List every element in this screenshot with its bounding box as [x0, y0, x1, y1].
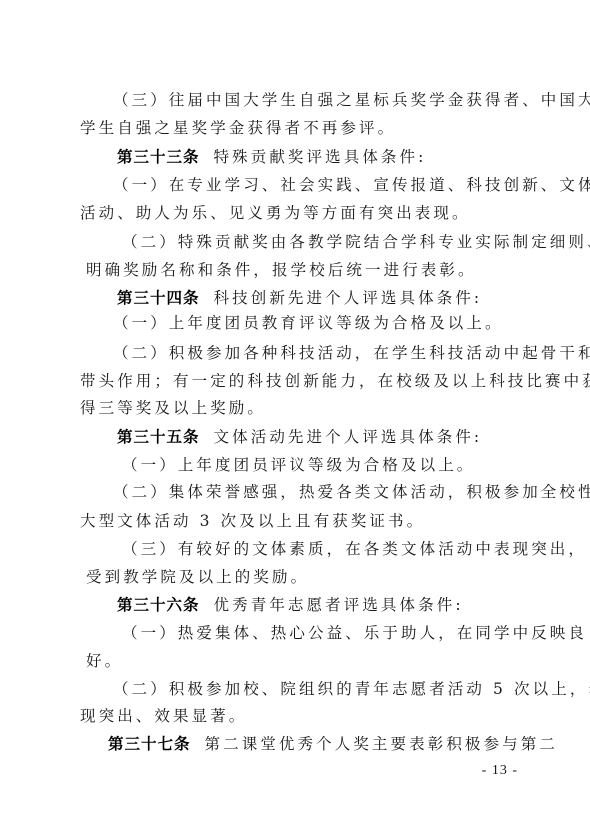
line-text: （二）积极参加各种科技活动，在学生科技活动中起骨干和 [113, 344, 590, 362]
text-line: （二）特殊贡献奖由各教学院结合学科专业实际制定细则、 [122, 232, 590, 252]
line-text: （一）在专业学习、社会实践、宣传报道、科技创新、文体 [113, 176, 590, 194]
article-number: 第三十三条 [117, 148, 200, 166]
article-number: 第三十五条 [117, 428, 200, 446]
line-text: 特殊贡献奖评选具体条件: [214, 148, 427, 166]
text-line: （一）在专业学习、社会实践、宣传报道、科技创新、文体 [113, 175, 590, 195]
text-line: （一）上年度团员评议等级为合格及以上。 [122, 455, 475, 475]
text-line: （二）集体荣誉感强，热爱各类文体活动，积极参加全校性 [113, 482, 590, 502]
text-line: 大型文体活动 3 次及以上且有获奖证书。 [80, 511, 425, 531]
text-line: 明确奖励名称和条件，报学校后统一进行表彰。 [86, 260, 477, 280]
line-text: （一）上年度团员教育评议等级为合格及以上。 [113, 314, 504, 332]
line-text: （三）往届中国大学生自强之星标兵奖学金获得者、中国大 [113, 91, 590, 109]
article-number: 第三十七条 [108, 735, 191, 753]
article-heading-line: 第三十七条第二课堂优秀个人奖主要表彰积极参与第二 [108, 734, 558, 754]
text-line: （二）积极参加校、院组织的青年志愿者活动 5 次以上，表 [113, 679, 590, 699]
text-line: 带头作用；有一定的科技创新能力，在校级及以上科技比赛中获 [80, 371, 590, 391]
line-text: 受到教学院及以上的奖励。 [86, 568, 309, 586]
page-number: - 13 - [482, 763, 518, 779]
text-line: 现突出、效果显著。 [80, 706, 247, 726]
line-text: （二）特殊贡献奖由各教学院结合学科专业实际制定细则、 [122, 233, 590, 251]
text-line: （三）往届中国大学生自强之星标兵奖学金获得者、中国大 [113, 90, 590, 110]
line-text: 好。 [86, 652, 123, 670]
line-text: 第二课堂优秀个人奖主要表彰积极参与第二 [205, 735, 558, 753]
line-text: 学生自强之星奖学金获得者不再参评。 [80, 119, 396, 137]
line-text: 活动、助人为乐、见义勇为等方面有突出表现。 [80, 204, 471, 222]
text-line: 活动、助人为乐、见义勇为等方面有突出表现。 [80, 203, 471, 223]
text-line: （一）上年度团员教育评议等级为合格及以上。 [113, 313, 504, 333]
text-line: 受到教学院及以上的奖励。 [86, 567, 309, 587]
article-heading-line: 第三十五条文体活动先进个人评选具体条件: [117, 427, 482, 447]
line-text: 明确奖励名称和条件，报学校后统一进行表彰。 [86, 261, 477, 279]
article-heading-line: 第三十三条特殊贡献奖评选具体条件: [117, 147, 426, 167]
line-text: 现突出、效果显著。 [80, 707, 247, 725]
text-line: （一）热爱集体、热心公益、乐于助人，在同学中反映良 [122, 623, 587, 643]
line-text: 带头作用；有一定的科技创新能力，在校级及以上科技比赛中获 [80, 372, 590, 390]
article-number: 第三十六条 [117, 596, 200, 614]
text-line: 学生自强之星奖学金获得者不再参评。 [80, 118, 396, 138]
line-text: 文体活动先进个人评选具体条件: [214, 428, 483, 446]
line-text: （一）热爱集体、热心公益、乐于助人，在同学中反映良 [122, 624, 587, 642]
article-heading-line: 第三十四条科技创新先进个人评选具体条件: [117, 288, 482, 308]
text-line: （三）有较好的文体素质，在各类文体活动中表现突出， [122, 539, 587, 559]
line-text: 大型文体活动 3 次及以上且有获奖证书。 [80, 512, 425, 530]
text-line: 好。 [86, 651, 123, 671]
article-number: 第三十四条 [117, 289, 200, 307]
text-line: 得三等奖及以上奖励。 [80, 398, 266, 418]
text-line: （二）积极参加各种科技活动，在学生科技活动中起骨干和 [113, 343, 590, 363]
line-text: （二）积极参加校、院组织的青年志愿者活动 5 次以上，表 [113, 680, 590, 698]
line-text: 优秀青年志愿者评选具体条件: [214, 596, 464, 614]
line-text: 科技创新先进个人评选具体条件: [214, 289, 483, 307]
article-heading-line: 第三十六条优秀青年志愿者评选具体条件: [117, 595, 464, 615]
line-text: （二）集体荣誉感强，热爱各类文体活动，积极参加全校性 [113, 483, 590, 501]
line-text: 得三等奖及以上奖励。 [80, 399, 266, 417]
document-page: （三）往届中国大学生自强之星标兵奖学金获得者、中国大学生自强之星奖学金获得者不再… [0, 0, 590, 837]
line-text: （一）上年度团员评议等级为合格及以上。 [122, 456, 475, 474]
line-text: （三）有较好的文体素质，在各类文体活动中表现突出， [122, 540, 587, 558]
